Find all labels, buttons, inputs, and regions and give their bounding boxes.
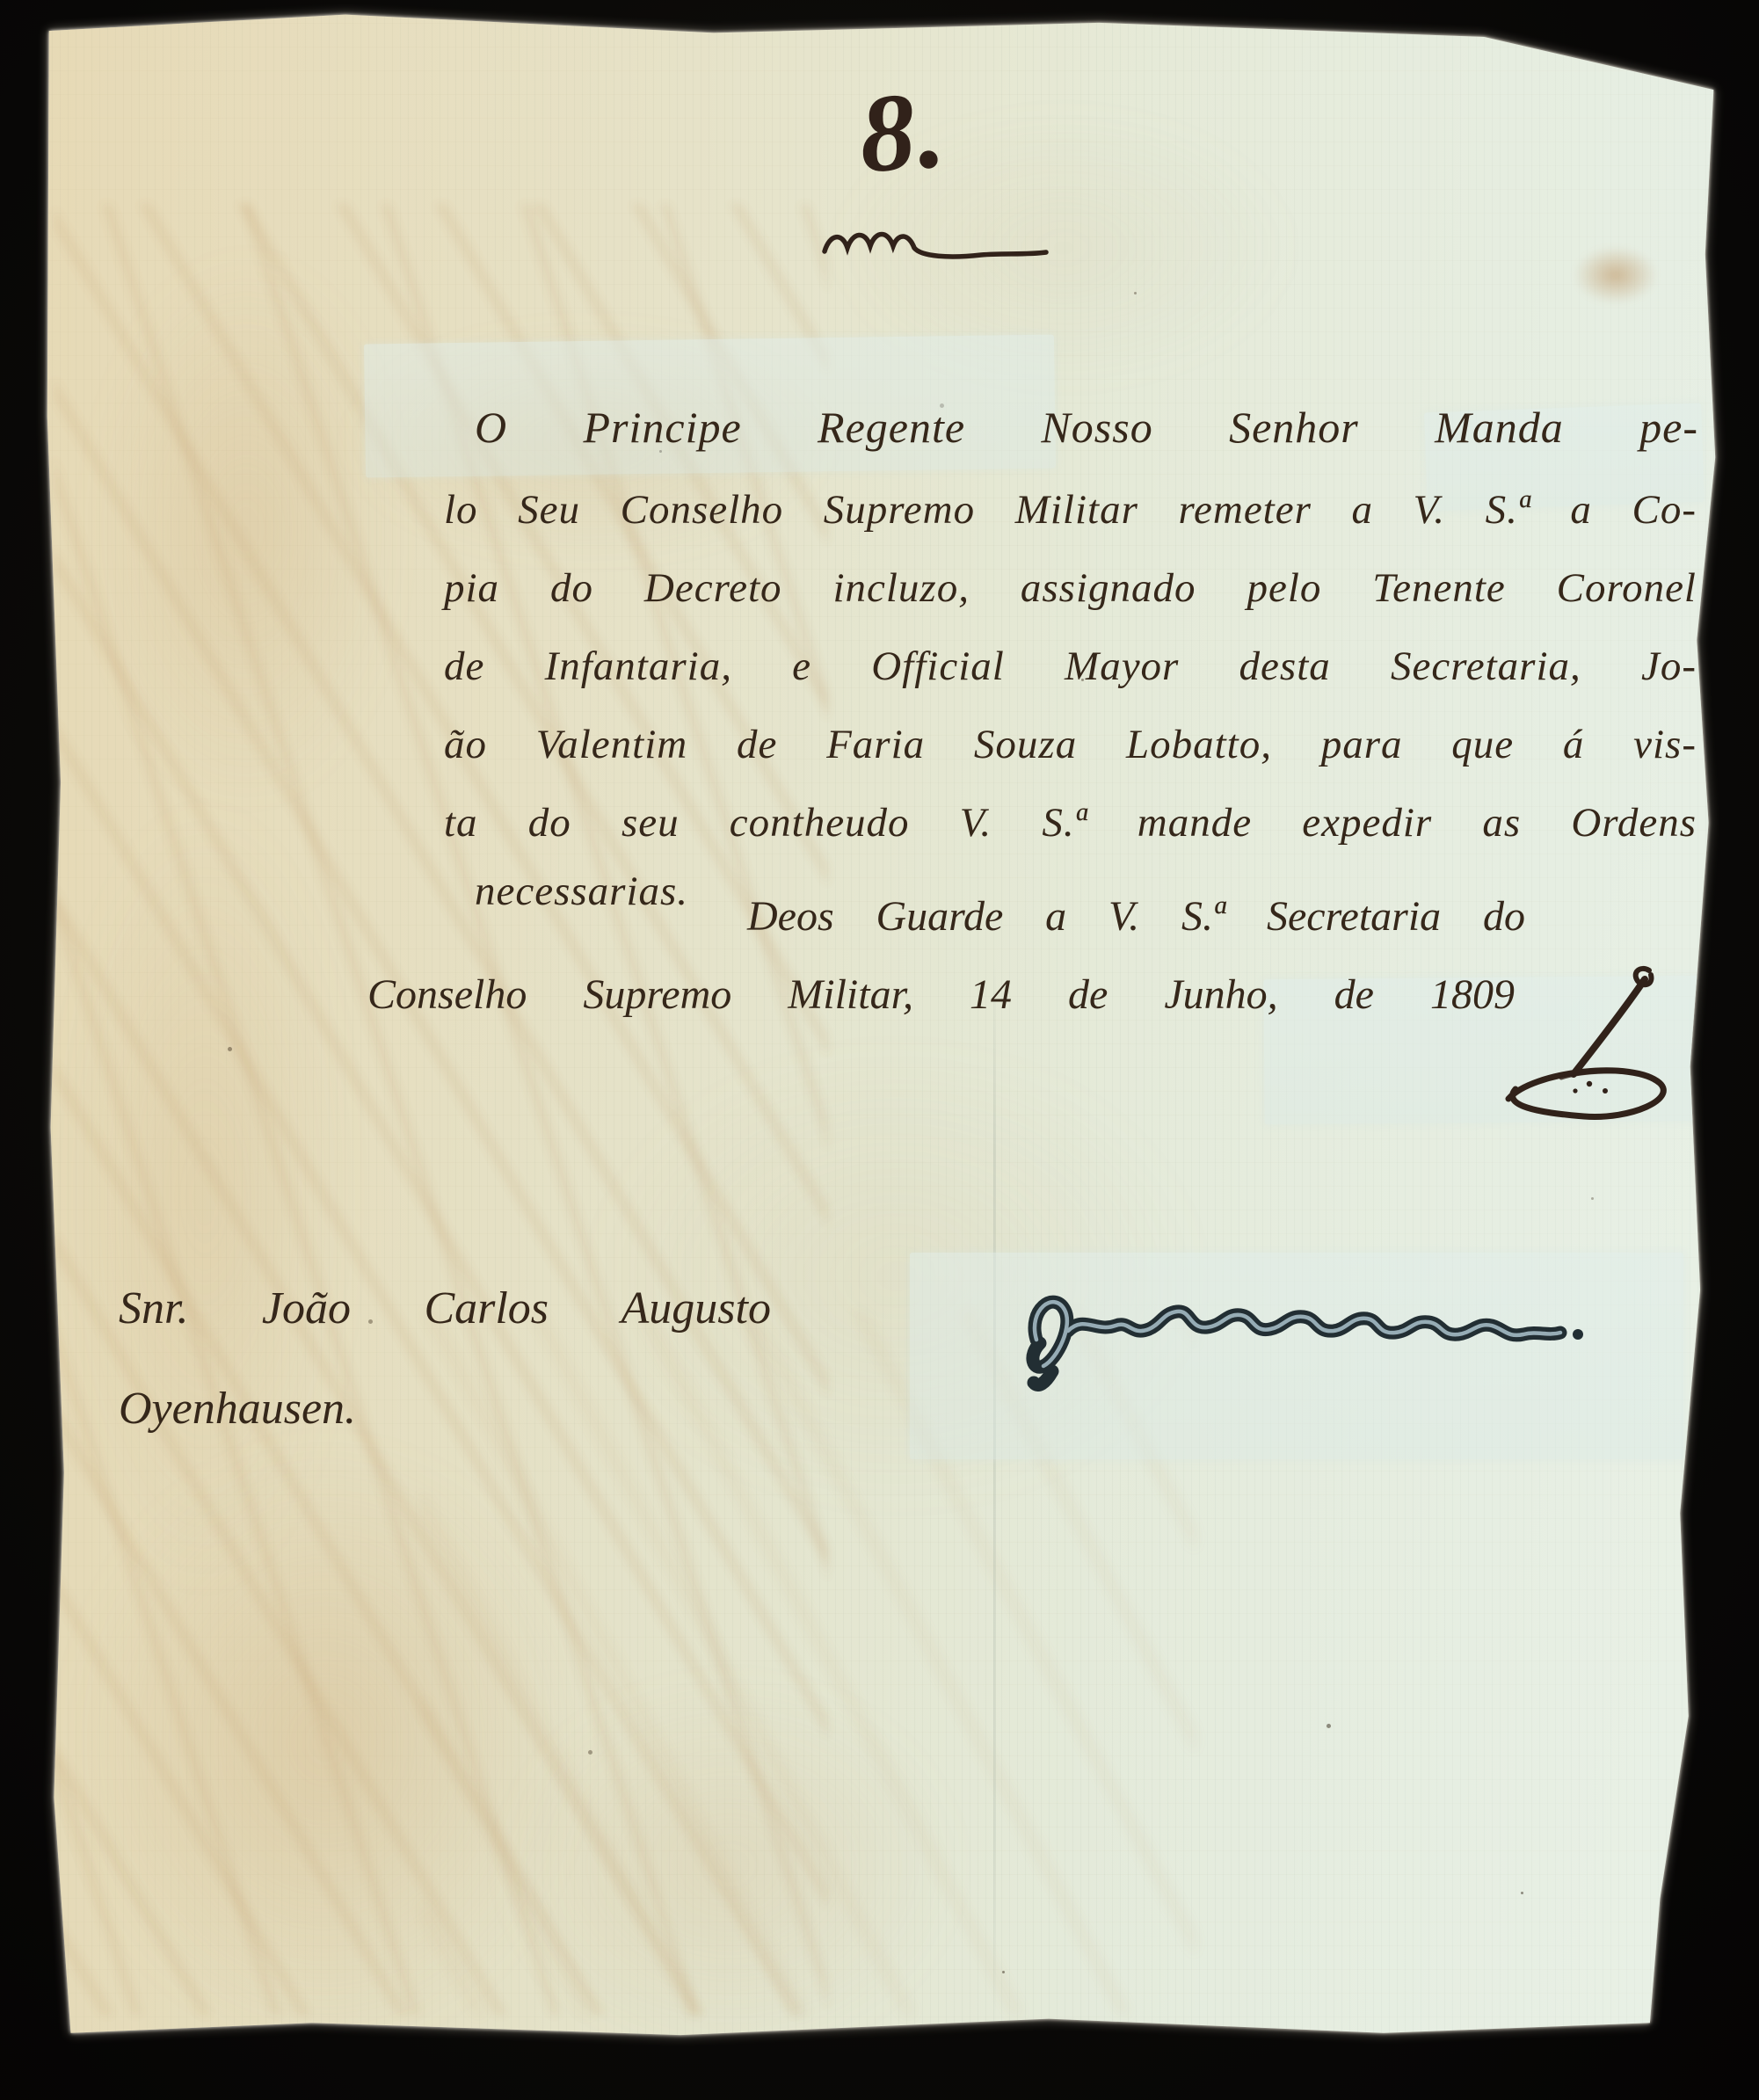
crease-line [993,960,996,2032]
date-paraph-icon [1477,958,1702,1136]
body-line: ão Valentim de Faria Souza Lobatto, para… [444,721,1697,768]
page-number-flourish-icon [816,222,1055,269]
closing-line-1: Deos Guarde a V. S.ª Secretaria do [747,892,1525,941]
addressee-line: Snr. João Carlos Augusto [119,1283,771,1333]
addressee-line: Oyenhausen. [119,1384,356,1434]
photo-backdrop: 8. O Principe Regente Nosso Senhor Manda… [0,0,1759,2100]
page-number: 8. [856,75,950,192]
body-line: necessarias. [475,868,688,915]
closing-line-2: Conselho Supremo Militar, 14 de Junho, d… [367,970,1515,1019]
body-line: O Principe Regente Nosso Senhor Manda pe… [475,403,1698,454]
body-line: lo Seu Conselho Supremo Militar remeter … [444,486,1697,534]
body-line: de Infantaria, e Official Mayor desta Se… [444,643,1697,690]
warm-tone-overlay [44,11,1082,2041]
paper-edge-rim: 8. O Principe Regente Nosso Senhor Manda… [0,0,1759,2100]
body-line: pia do Decreto incluzo, assignado pelo T… [444,564,1697,612]
body-line: ta do seu contheudo V. S.ª mande expedir… [444,799,1697,847]
signature-rubric-icon [998,1276,1613,1391]
document-paper: 8. O Principe Regente Nosso Senhor Manda… [44,11,1719,2041]
